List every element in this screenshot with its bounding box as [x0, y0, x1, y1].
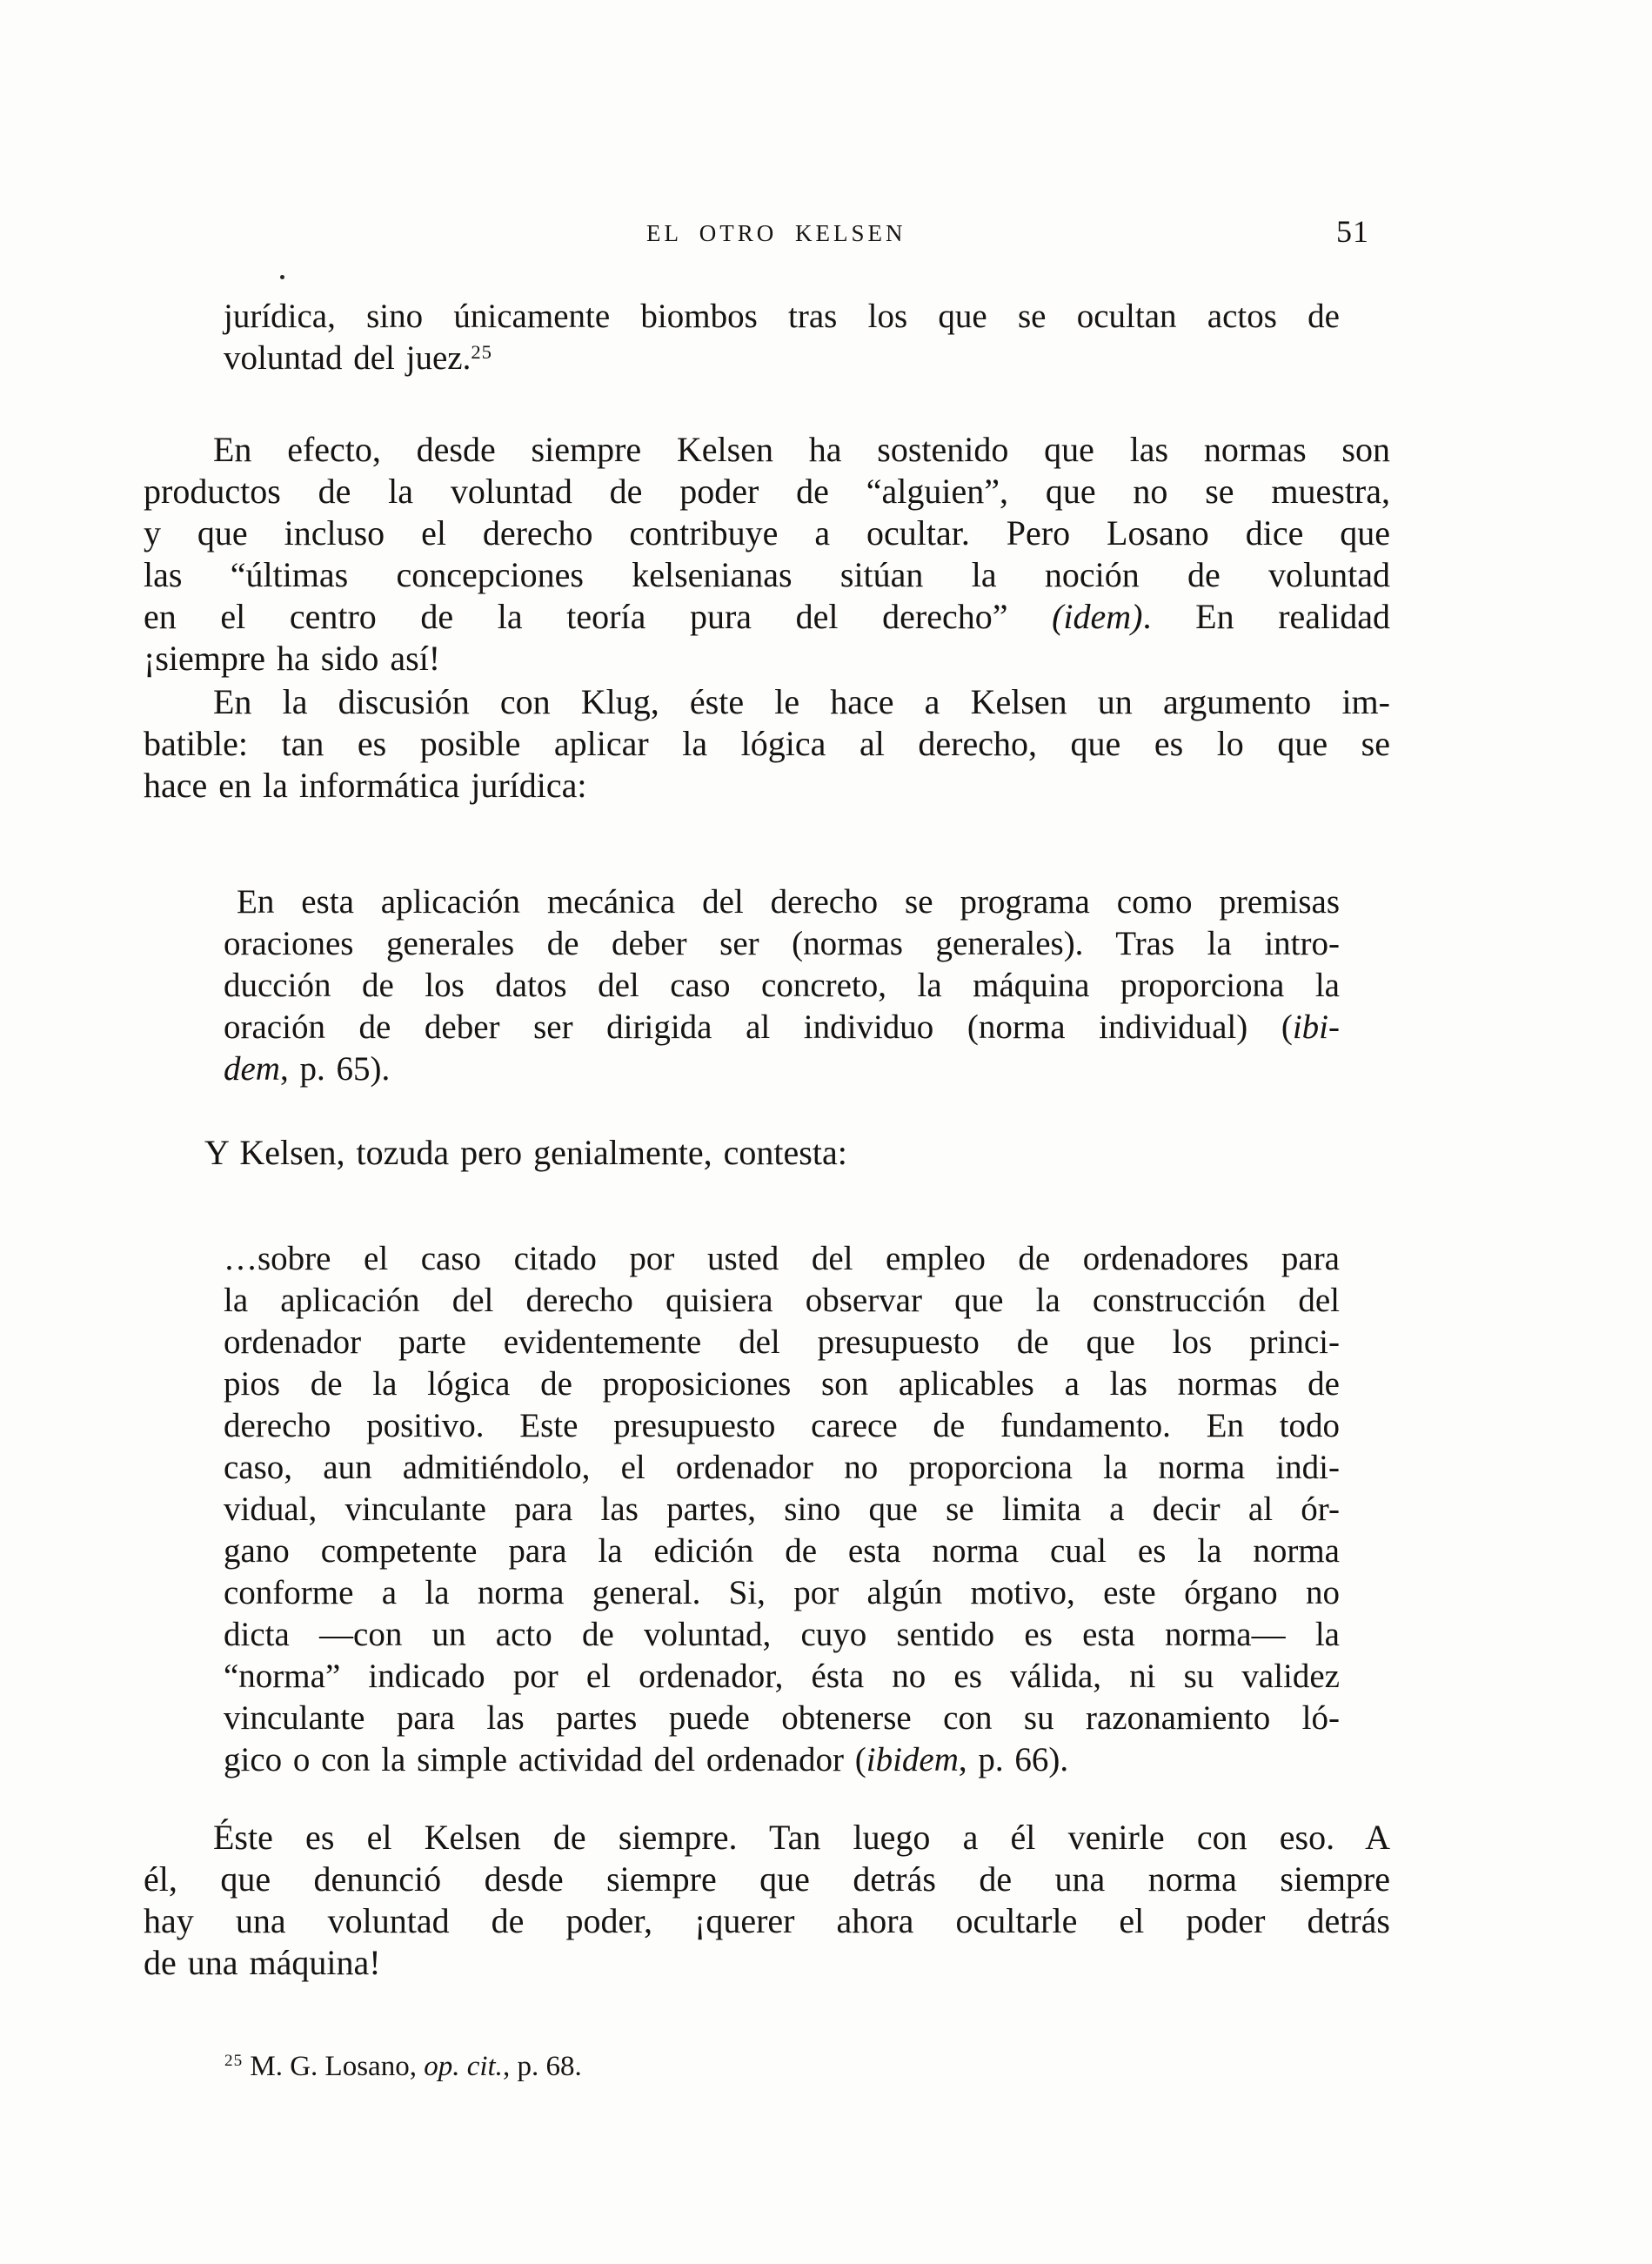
text-run: productos de la voluntad de poder de “al…	[144, 472, 1390, 511]
blockquote-sobre-el-caso: …sobre el caso citado por usted del empl…	[144, 1238, 1390, 1781]
text-line: En efecto, desde siempre Kelsen ha soste…	[144, 429, 1390, 471]
text-line: de una máquina!	[144, 1942, 1390, 1984]
text-run: hay una voluntad de poder, ¡querer ahora…	[144, 1901, 1390, 1940]
text-run: pios de la lógica de proposiciones son a…	[224, 1365, 1340, 1403]
text-run: oración de deber ser dirigida al individ…	[224, 1008, 1293, 1046]
superscript-ref: 25	[224, 2052, 243, 2070]
text-run: dem	[224, 1050, 280, 1088]
superscript-ref: 25	[471, 341, 492, 363]
text-run: En efecto, desde siempre Kelsen ha soste…	[213, 430, 1390, 469]
text-line: vinculante para las partes puede obtener…	[224, 1698, 1340, 1739]
blockquote-aplicacion-mecanica: En esta aplicación mecánica del derecho …	[144, 881, 1390, 1090]
paragraph-en-la-discusion: En la discusión con Klug, éste le hace a…	[144, 681, 1390, 807]
text-line: oración de deber ser dirigida al individ…	[224, 1007, 1340, 1048]
footnote-25: 25 M. G. Losano, op. cit., p. 68.	[144, 2047, 1390, 2090]
text-run: , p. 66).	[959, 1741, 1068, 1778]
text-line: conforme a la norma general. Si, por alg…	[224, 1572, 1340, 1614]
text-run: en el centro de la teoría pura del derec…	[144, 597, 1052, 636]
text-run: y que incluso el derecho contribuye a oc…	[144, 513, 1390, 553]
text-run: Y Kelsen, tozuda pero genialmente, conte…	[204, 1133, 847, 1172]
text-line: batible: tan es posible aplicar la lógic…	[144, 723, 1390, 765]
text-run: conforme a la norma general. Si, por alg…	[224, 1574, 1340, 1611]
text-line: productos de la voluntad de poder de “al…	[144, 471, 1390, 512]
text-line: pios de la lógica de proposiciones son a…	[224, 1363, 1340, 1405]
paragraph-en-efecto: En efecto, desde siempre Kelsen ha soste…	[144, 429, 1390, 680]
blockquote-juridica: jurídica, sino únicamente biombos tras l…	[144, 296, 1390, 384]
text-run: En la discusión con Klug, éste le hace a…	[213, 682, 1390, 721]
text-run: “norma” indicado por el ordenador, ésta …	[224, 1658, 1340, 1695]
text-line: y que incluso el derecho contribuye a oc…	[144, 512, 1390, 554]
text-run: gano competente para la edición de esta …	[224, 1532, 1340, 1570]
text-line: gano competente para la edición de esta …	[224, 1531, 1340, 1572]
text-line: las “últimas concepciones kelsenianas si…	[144, 554, 1390, 596]
text-line: Y Kelsen, tozuda pero genialmente, conte…	[144, 1132, 1390, 1174]
text-run: caso, aun admitiéndolo, el ordenador no …	[224, 1449, 1340, 1486]
text-run: , p. 68.	[503, 2051, 582, 2082]
text-run: vidual, vinculante para las partes, sino…	[224, 1490, 1340, 1528]
text-run: (idem)	[1052, 597, 1142, 636]
text-run: En esta aplicación mecánica del derecho …	[237, 883, 1340, 921]
text-run: ibidem	[866, 1741, 959, 1778]
text-line: hace en la informática jurídica:	[144, 765, 1390, 807]
text-run: op. cit.	[424, 2051, 503, 2082]
text-line: oraciones generales de deber ser (normas…	[224, 923, 1340, 965]
text-run: . En realidad	[1143, 597, 1390, 636]
text-line: ducción de los datos del caso concreto, …	[224, 965, 1340, 1007]
text-line: ¡siempre ha sido así!	[144, 638, 1390, 680]
text-run: él, que denunció desde siempre que detrá…	[144, 1859, 1390, 1899]
text-run: , p. 65).	[280, 1050, 390, 1088]
text-run: hace en la informática jurídica:	[144, 766, 587, 805]
text-line: En la discusión con Klug, éste le hace a…	[144, 681, 1390, 723]
paragraph-y-kelsen: Y Kelsen, tozuda pero genialmente, conte…	[144, 1132, 1390, 1174]
text-line: él, que denunció desde siempre que detrá…	[144, 1859, 1390, 1900]
text-run: ducción de los datos del caso concreto, …	[224, 967, 1340, 1004]
text-run: ordenador parte evidentemente del presup…	[224, 1323, 1340, 1361]
text-run: vinculante para las partes puede obtener…	[224, 1699, 1340, 1737]
text-run: derecho positivo. Este presupuesto carec…	[224, 1407, 1340, 1444]
text-line: Éste es el Kelsen de siempre. Tan luego …	[144, 1817, 1390, 1859]
text-run: dicta —con un acto de voluntad, cuyo sen…	[224, 1616, 1340, 1653]
text-line: dicta —con un acto de voluntad, cuyo sen…	[224, 1614, 1340, 1656]
text-line: derecho positivo. Este presupuesto carec…	[224, 1405, 1340, 1447]
text-run: ibi-	[1293, 1008, 1340, 1046]
text-line: gico o con la simple actividad del orden…	[224, 1739, 1340, 1781]
text-run: M. G. Losano,	[243, 2051, 424, 2082]
text-run: batible: tan es posible aplicar la lógic…	[144, 724, 1390, 763]
text-line: en el centro de la teoría pura del derec…	[144, 596, 1390, 638]
text-line: vidual, vinculante para las partes, sino…	[224, 1489, 1340, 1531]
text-run: de una máquina!	[144, 1943, 381, 1982]
text-run: ¡siempre ha sido así!	[144, 639, 440, 678]
text-line: ordenador parte evidentemente del presup…	[224, 1322, 1340, 1363]
text-line: voluntad del juez.25	[224, 338, 1340, 384]
text-line: dem, p. 65).	[224, 1048, 1340, 1090]
text-line: caso, aun admitiéndolo, el ordenador no …	[224, 1447, 1340, 1489]
text-line: 25 M. G. Losano, op. cit., p. 68.	[224, 2047, 1390, 2090]
text-line: jurídica, sino únicamente biombos tras l…	[224, 296, 1340, 338]
paragraph-este-es-el-kelsen: Éste es el Kelsen de siempre. Tan luego …	[144, 1817, 1390, 1984]
text-run: las “últimas concepciones kelsenianas si…	[144, 555, 1390, 594]
text-line: …sobre el caso citado por usted del empl…	[224, 1238, 1340, 1280]
text-run: la aplicación del derecho quisiera obser…	[224, 1282, 1340, 1319]
text-run: jurídica, sino únicamente biombos tras l…	[224, 298, 1340, 335]
text-line: la aplicación del derecho quisiera obser…	[224, 1280, 1340, 1322]
text-run: gico o con la simple actividad del orden…	[224, 1741, 866, 1778]
text-run: oraciones generales de deber ser (normas…	[224, 925, 1340, 962]
text-line: “norma” indicado por el ordenador, ésta …	[224, 1656, 1340, 1698]
text-run: …sobre el caso citado por usted del empl…	[224, 1240, 1340, 1277]
text-run: Éste es el Kelsen de siempre. Tan luego …	[213, 1818, 1390, 1857]
scanned-book-page: EL OTRO KELSEN 51 jurídica, sino únicame…	[0, 0, 1652, 2264]
text-column: jurídica, sino únicamente biombos tras l…	[144, 0, 1390, 2090]
text-line: hay una voluntad de poder, ¡querer ahora…	[144, 1900, 1390, 1942]
text-run: voluntad del juez.	[224, 339, 471, 377]
text-line: En esta aplicación mecánica del derecho …	[224, 881, 1340, 923]
